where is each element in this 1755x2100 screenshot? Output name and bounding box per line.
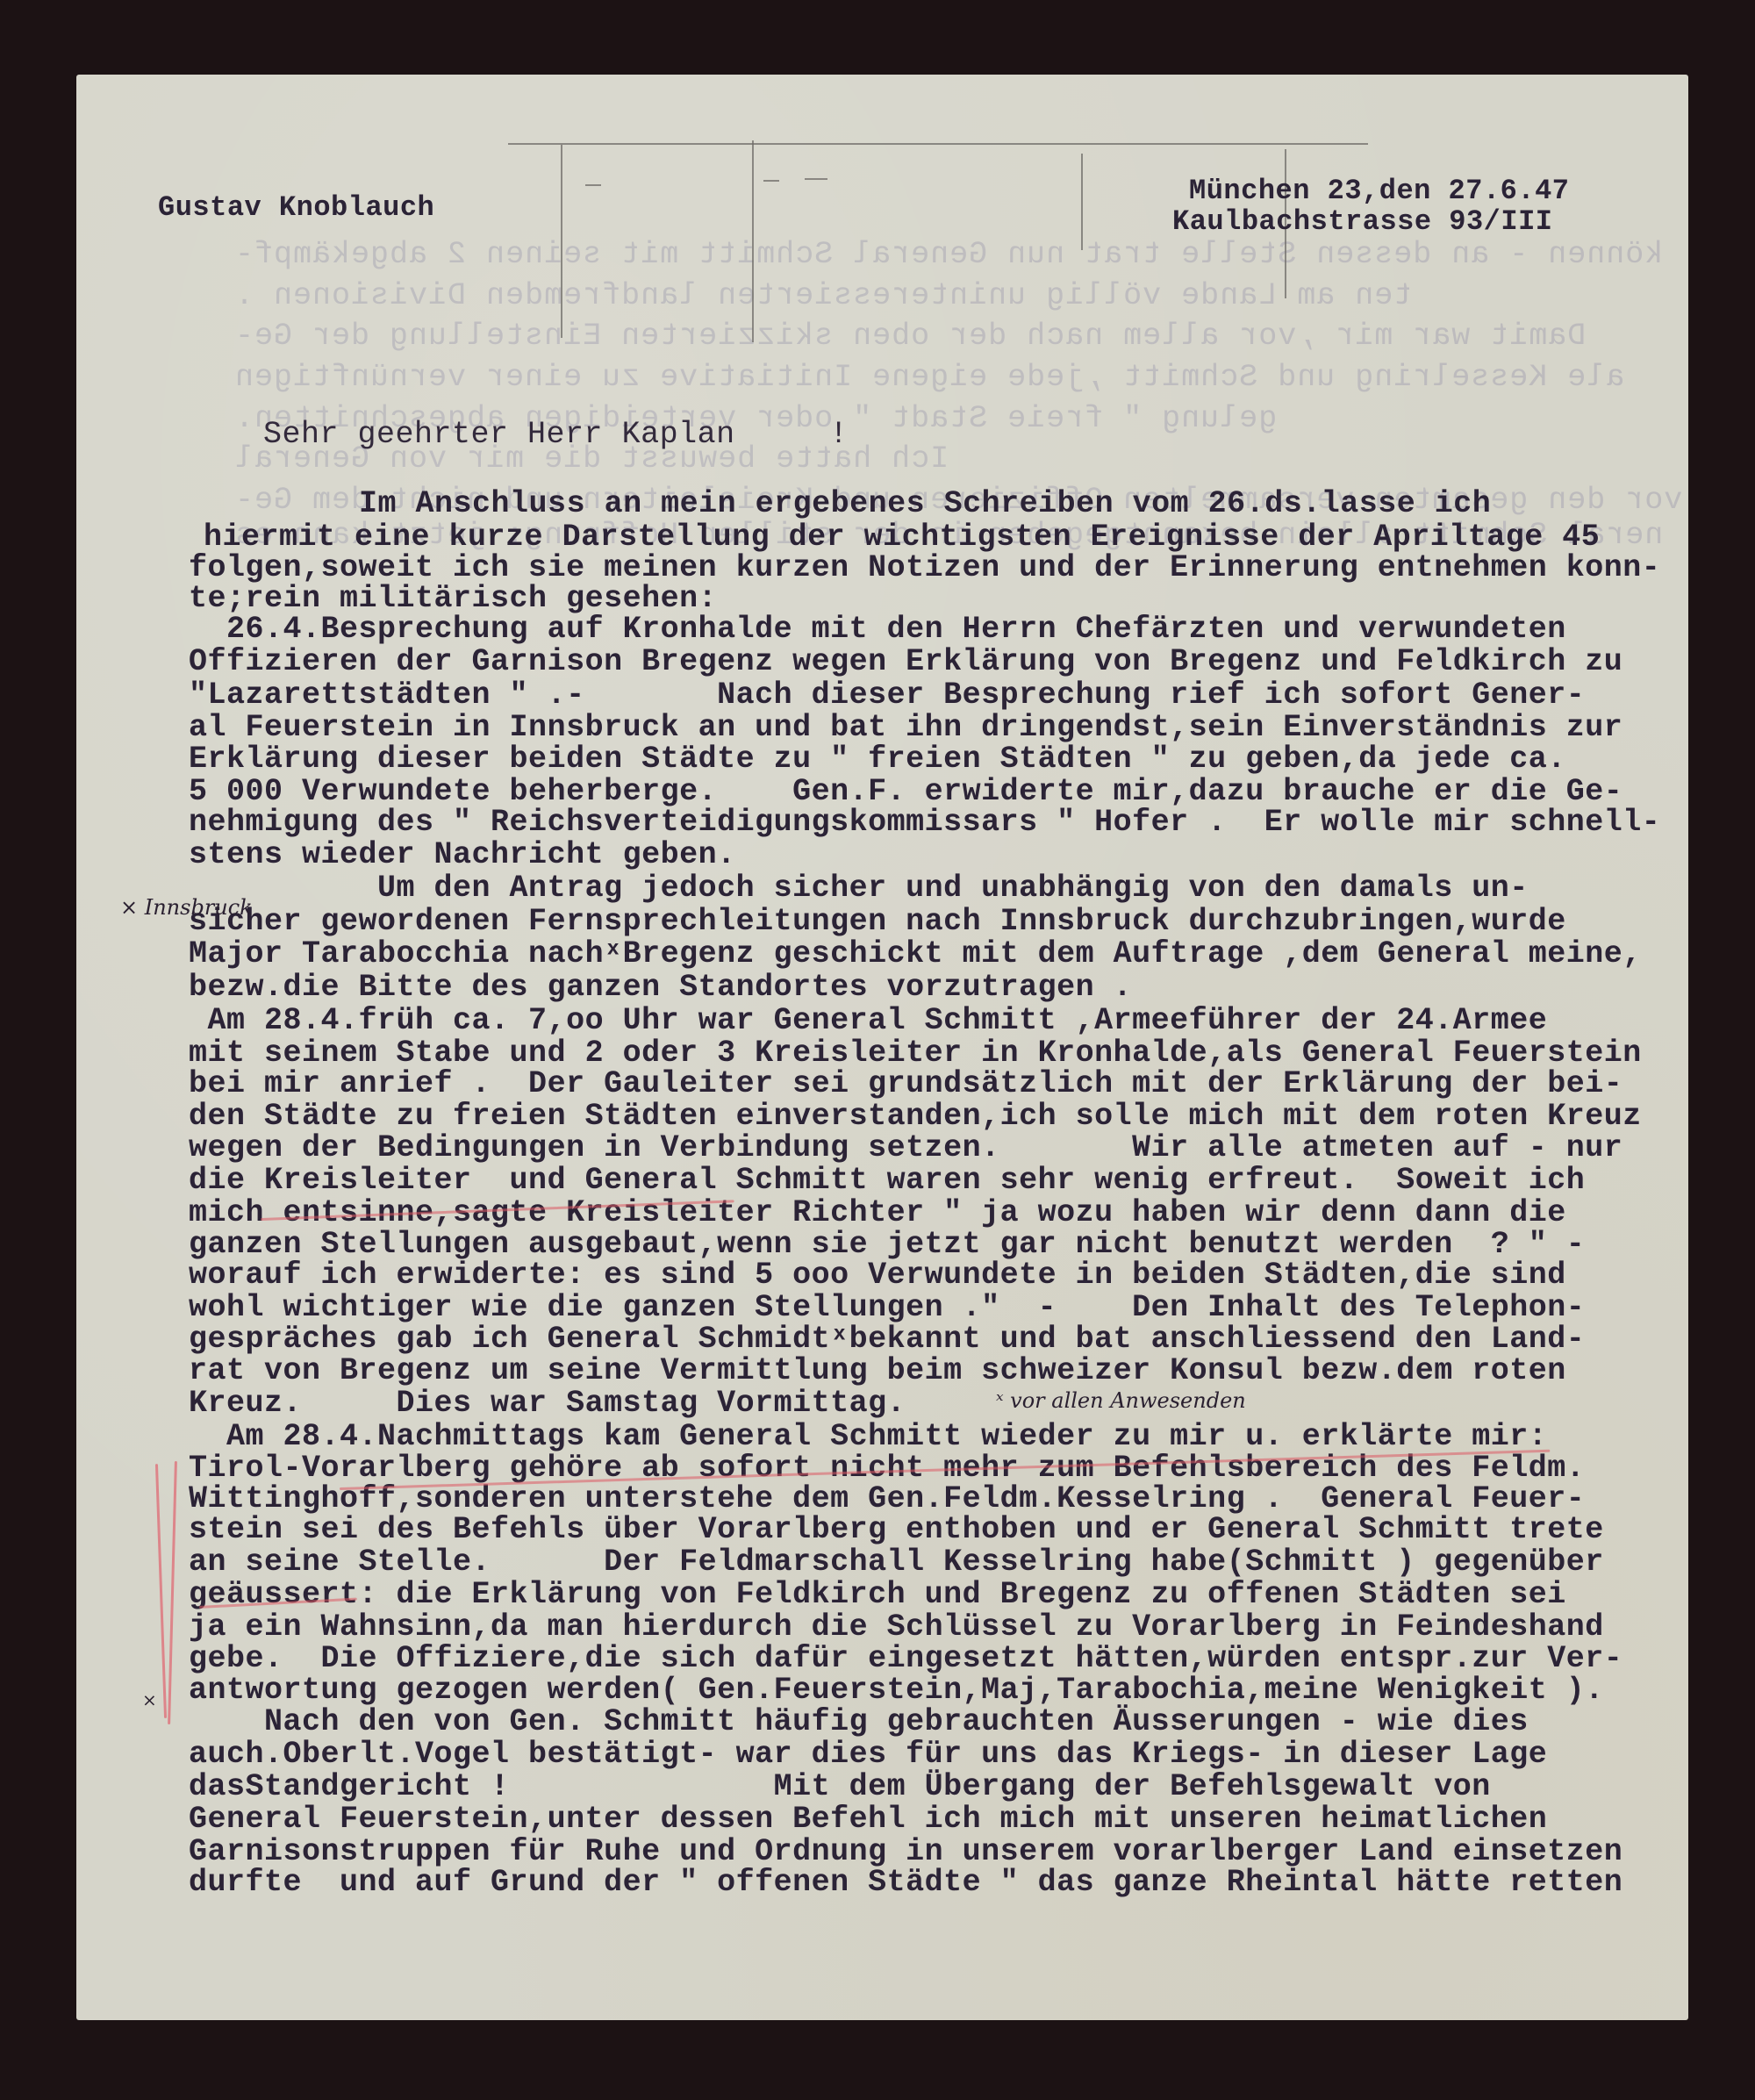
body-line: te;rein militärisch gesehen: xyxy=(189,584,717,614)
body-line: Im Anschluss an mein ergebenes Schreiben… xyxy=(208,489,1491,520)
body-line: stens wieder Nachricht geben. xyxy=(189,840,736,871)
body-line: ja ein Wahnsinn,da man hierdurch die Sch… xyxy=(189,1612,1604,1643)
bleed-line: können - an dessen Stelle trat nun Gener… xyxy=(234,237,1663,272)
handwritten-margin-x: × xyxy=(142,1689,157,1710)
body-line: Am 28.4.früh ca. 7,oo Uhr war General Sc… xyxy=(189,1006,1547,1036)
place-date: München 23,den 27.6.47 xyxy=(1189,177,1569,205)
body-line: ganzen Stellungen ausgebaut,wenn sie jet… xyxy=(189,1229,1585,1260)
bleed-line: ten am Lande völlig uninteressierten lan… xyxy=(234,278,1412,313)
body-line: gebe. Die Offiziere,die sich dafür einge… xyxy=(189,1644,1622,1674)
body-line: mit seinem Stabe und 2 oder 3 Kreisleite… xyxy=(189,1038,1642,1069)
body-line: den Städte zu freien Städten einverstand… xyxy=(189,1101,1642,1132)
handwritten-note-innsbruck: × Innsbruck xyxy=(120,895,253,920)
body-line: nehmigung des " Reichsverteidigungskommi… xyxy=(189,807,1660,838)
body-line: Nach den von Gen. Schmitt häufig gebrauc… xyxy=(189,1707,1529,1738)
bleed-line: ale Kesselring und Schmitt ,jede eigene … xyxy=(234,360,1624,395)
body-line: bei mir anrief . Der Gauleiter sei grund… xyxy=(189,1069,1622,1100)
letter-page: können - an dessen Stelle trat nun Gener… xyxy=(76,75,1688,2020)
sender-address: Kaulbachstrasse 93/III xyxy=(1172,208,1552,236)
sender-name: Gustav Knoblauch xyxy=(158,194,434,222)
body-line: bezw.die Bitte des ganzen Standortes vor… xyxy=(189,972,1132,1003)
body-line: antwortung gezogen werden( Gen.Feuerstei… xyxy=(189,1675,1604,1706)
body-line: gespräches gab ich General Schmidtˣbekan… xyxy=(189,1324,1585,1355)
body-line: Wittinghoff,sonderen unterstehe dem Gen.… xyxy=(189,1484,1585,1515)
body-line: Am 28.4.Nachmittags kam General Schmitt … xyxy=(189,1422,1547,1452)
body-line: an seine Stelle. Der Feldmarschall Kesse… xyxy=(189,1547,1604,1578)
body-line: Kreuz. Dies war Samstag Vormittag. xyxy=(189,1388,906,1419)
body-line: Erklärung dieser beiden Städte zu " frei… xyxy=(189,744,1566,775)
body-line: rat von Bregenz um seine Vermittlung bei… xyxy=(189,1356,1566,1387)
body-line: al Feuerstein in Innsbruck an und bat ih… xyxy=(189,713,1622,743)
body-line: stein sei des Befehls über Vorarlberg en… xyxy=(189,1515,1604,1545)
body-line: wohl wichtiger wie die ganzen Stellungen… xyxy=(189,1293,1585,1323)
salutation: Sehr geehrter Herr Kaplan ! xyxy=(263,419,849,450)
body-line: durfte und auf Grund der " offenen Städt… xyxy=(189,1867,1622,1898)
body-line: folgen,soweit ich sie meinen kurzen Noti… xyxy=(189,553,1660,584)
body-line: Garnisonstruppen für Ruhe und Ordnung in… xyxy=(189,1837,1622,1867)
body-line: wegen der Bedingungen in Verbindung setz… xyxy=(189,1133,1622,1164)
body-line: dasStandgericht ! Mit dem Übergang der B… xyxy=(189,1772,1491,1803)
body-line: General Feuerstein,unter dessen Befehl i… xyxy=(189,1804,1547,1835)
body-line: 26.4.Besprechung auf Kronhalde mit den H… xyxy=(189,614,1566,645)
body-line: Um den Antrag jedoch sicher und unabhäng… xyxy=(189,873,1529,904)
body-line: geäussert: die Erklärung von Feldkirch u… xyxy=(189,1580,1566,1610)
bleed-line: Damit war mir ,vor allem nach der oben s… xyxy=(234,319,1624,354)
body-line: sicher gewordenen Fernsprechleitungen na… xyxy=(189,907,1566,937)
body-line: auch.Oberlt.Vogel bestätigt- war dies fü… xyxy=(189,1739,1547,1770)
body-line: worauf ich erwiderte: es sind 5 ooo Verw… xyxy=(189,1260,1566,1291)
body-line: Major Tarabocchia nachˣBregenz geschickt… xyxy=(189,939,1642,970)
body-line: Tirol-Vorarlberg gehöre ab sofort nicht … xyxy=(189,1453,1585,1484)
body-line: die Kreisleiter und General Schmitt ware… xyxy=(189,1165,1585,1196)
body-line: "Lazarettstädten " .- Nach dieser Bespre… xyxy=(189,680,1585,711)
handwritten-note-vor-allen: ˣ vor allen Anwesenden xyxy=(996,1388,1246,1413)
body-line: hiermit eine kurze Darstellung der wicht… xyxy=(204,522,1600,553)
body-line: 5 000 Verwundete beherberge. Gen.F. erwi… xyxy=(189,777,1622,807)
body-line: Offizieren der Garnison Bregenz wegen Er… xyxy=(189,647,1622,677)
